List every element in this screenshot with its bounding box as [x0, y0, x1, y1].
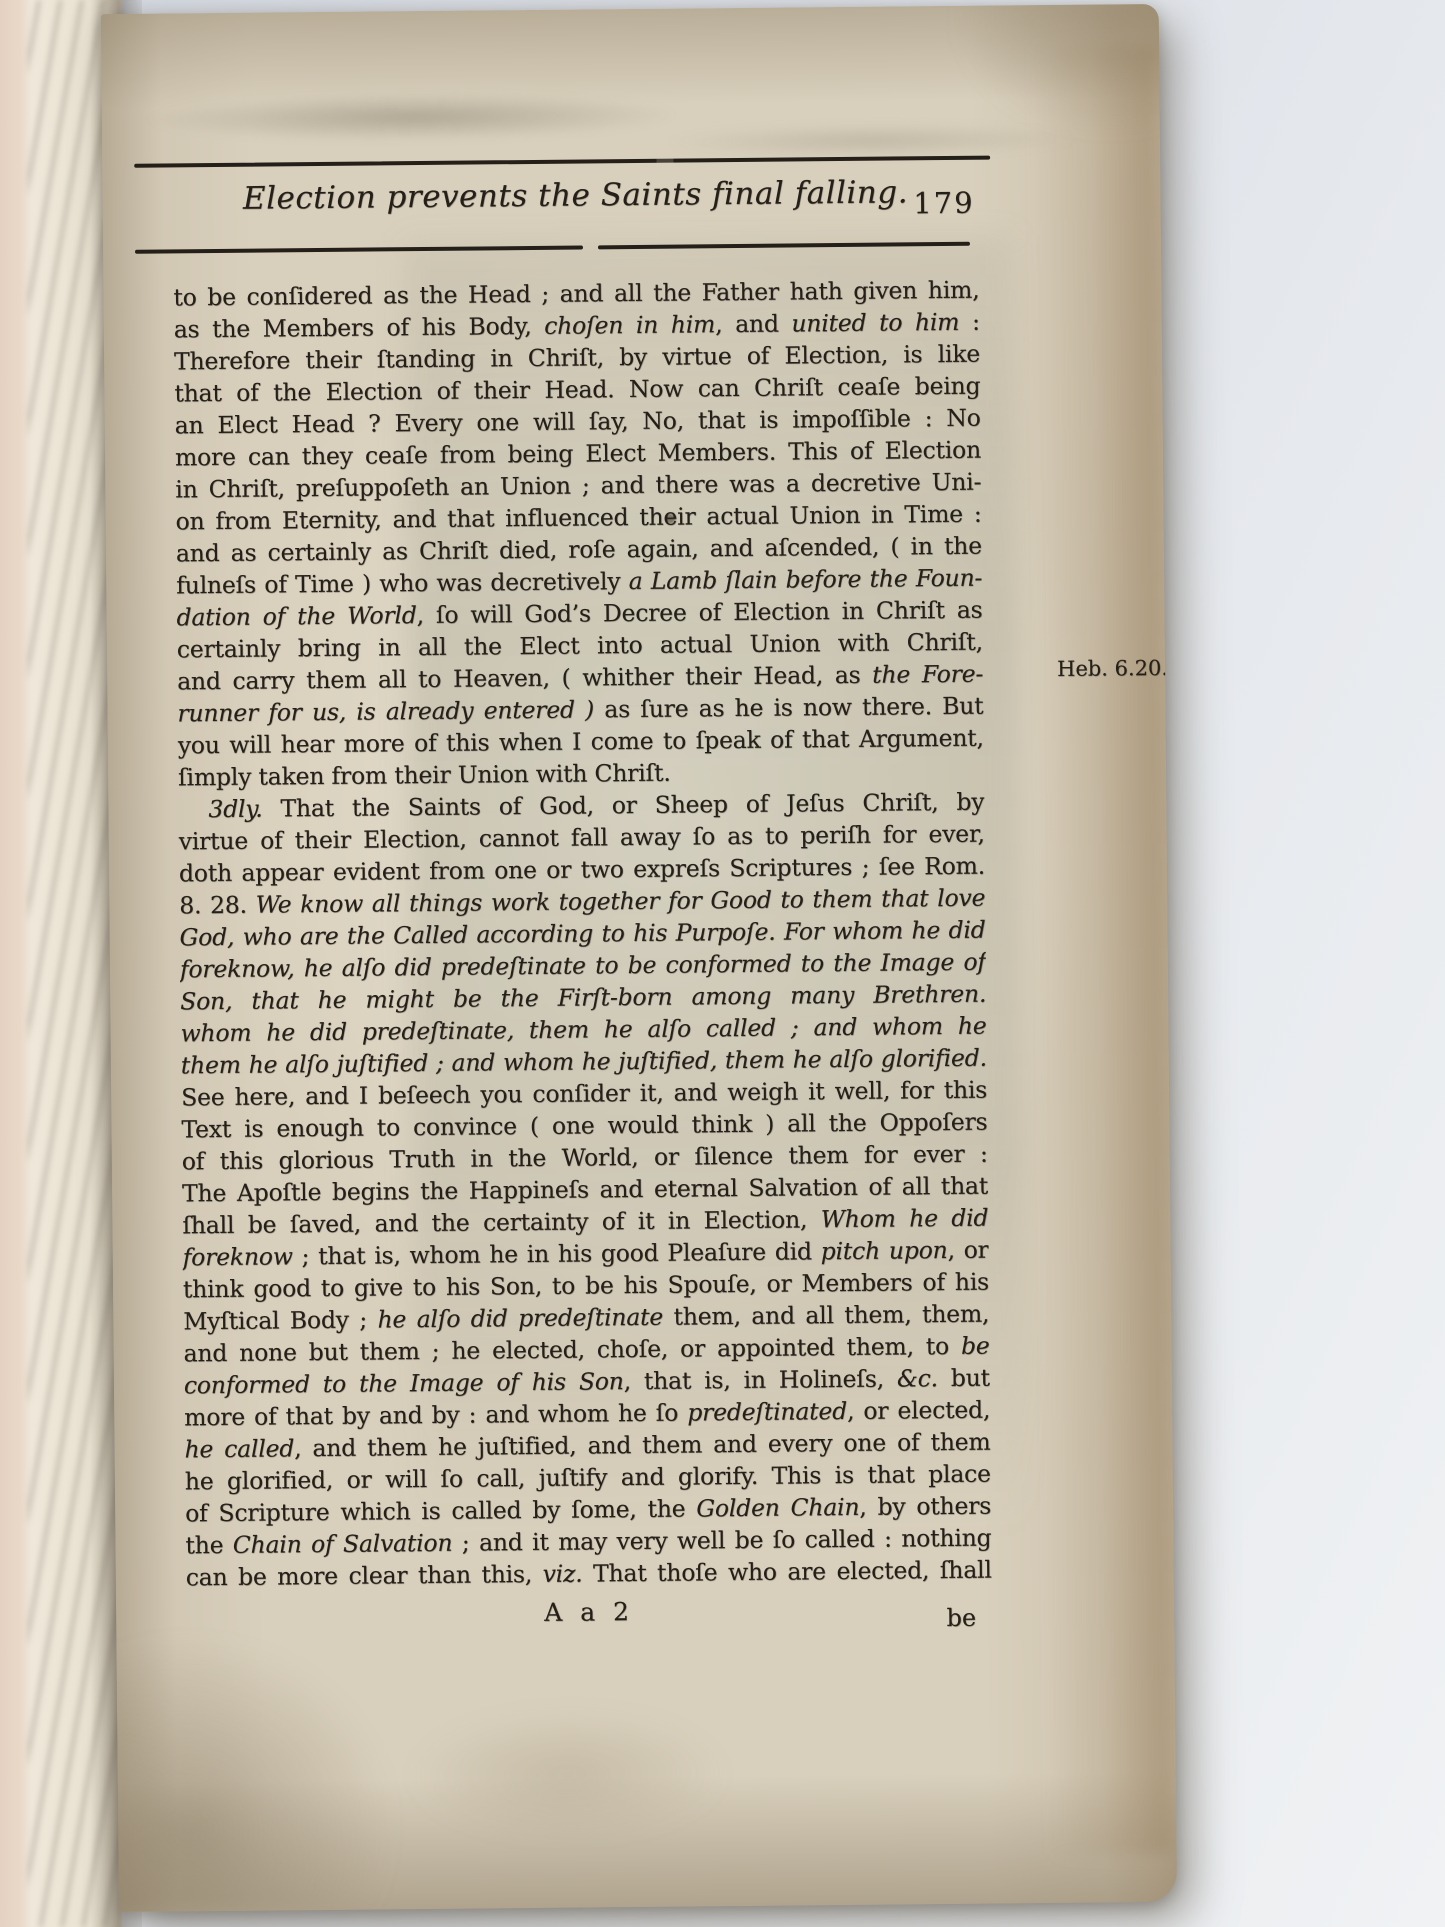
running-header: Election prevents the Saints final falli… [172, 174, 978, 230]
roman-run: of Scripture which is called by ſome, th… [185, 1494, 696, 1527]
roman-run: ſimply taken from their Union with Chriſ… [178, 759, 671, 792]
body-text: to be conſidered as the Head ; and all t… [173, 274, 992, 1594]
roman-run: as the Members of his Body, [174, 312, 545, 344]
margin-note: Heb. 6.20. [1057, 656, 1168, 681]
roman-run: : [959, 308, 980, 336]
page-surface: Election prevents the Saints final falli… [101, 4, 1177, 1912]
header-rule-top [134, 156, 990, 168]
italic-run: pitch upon [821, 1236, 948, 1265]
roman-run: Myſtical Body ; [183, 1306, 377, 1336]
italic-run: a Lamb ſlain before the Foun- [629, 564, 983, 595]
roman-run: more of that by and by : and whom he ſo [184, 1399, 687, 1432]
page-number: 179 [913, 186, 975, 221]
roman-run: , and them he juſtified, and them and ev… [294, 1428, 991, 1463]
roman-run: That thoſe who are elected, ſhall [582, 1556, 992, 1588]
roman-run: as ſure as he is now there. But [594, 692, 984, 724]
book-photo: Election prevents the Saints final falli… [0, 0, 1445, 1927]
roman-run: , that is, in Holineſs, [624, 1365, 898, 1396]
italic-run: Chain of Salvation [233, 1529, 453, 1559]
italic-run: conformed to the Image of his Son [184, 1367, 624, 1399]
roman-run: ſhall be ſaved, and the certainty of it … [182, 1205, 821, 1239]
roman-run: and carry them all to Heaven, ( whither … [177, 661, 872, 696]
roman-run: , or [947, 1236, 988, 1264]
italic-run: choſen in him [544, 310, 715, 340]
printed-content: Election prevents the Saints final falli… [101, 4, 1177, 1912]
header-rule-bottom [135, 242, 991, 254]
roman-run: but [938, 1364, 990, 1392]
italic-run: 3dly. [208, 795, 262, 824]
italic-run: he alſo did predeſtinate [377, 1303, 663, 1334]
roman-run: ; and it may very well be ſo called : no… [452, 1524, 991, 1557]
italic-run: runner for us, is already entered ) [177, 695, 594, 727]
roman-run: ; that is, whom he in his good Pleaſure … [293, 1237, 821, 1270]
roman-run: , and [715, 309, 792, 338]
roman-run: , by others [859, 1492, 991, 1521]
italic-run: predeſtinated [687, 1397, 847, 1427]
italic-run: Golden Chain [696, 1493, 859, 1523]
roman-run: , ſo will God’s Decree of Election in Ch… [416, 596, 982, 629]
roman-run: That the Saints of God, or Sheep of Jeſu… [262, 788, 984, 823]
italic-run: he called [184, 1434, 294, 1463]
roman-run: can be more clear than this, [186, 1560, 543, 1591]
rule-segment [598, 242, 970, 249]
roman-run: fulneſs of Time ) who was decretively [176, 567, 629, 599]
roman-run: you will hear more of this when I come t… [178, 724, 984, 760]
roman-run: , or elected, [847, 1396, 990, 1425]
italic-run: dation of the World [176, 601, 416, 631]
italic-run: united to him [791, 308, 959, 338]
text-line: can be more clear than this, viz. That t… [186, 1554, 992, 1594]
italic-run: &c. [897, 1364, 938, 1392]
roman-run: them, and all them, them, [663, 1300, 989, 1331]
book-page: Election prevents the Saints final falli… [101, 4, 1177, 1912]
italic-run: Whom he did [821, 1204, 989, 1234]
running-title: Election prevents the Saints final falli… [172, 174, 978, 218]
rule-segment [135, 245, 583, 253]
italic-run: We know all things work together for Goo… [256, 884, 986, 919]
italic-run: the Fore- [872, 660, 983, 689]
italic-run: viz. [542, 1560, 582, 1588]
italic-run: foreknow [183, 1242, 293, 1271]
roman-run: 8. 28. [179, 891, 256, 920]
roman-run: the [185, 1531, 233, 1559]
italic-run: be [961, 1332, 990, 1360]
